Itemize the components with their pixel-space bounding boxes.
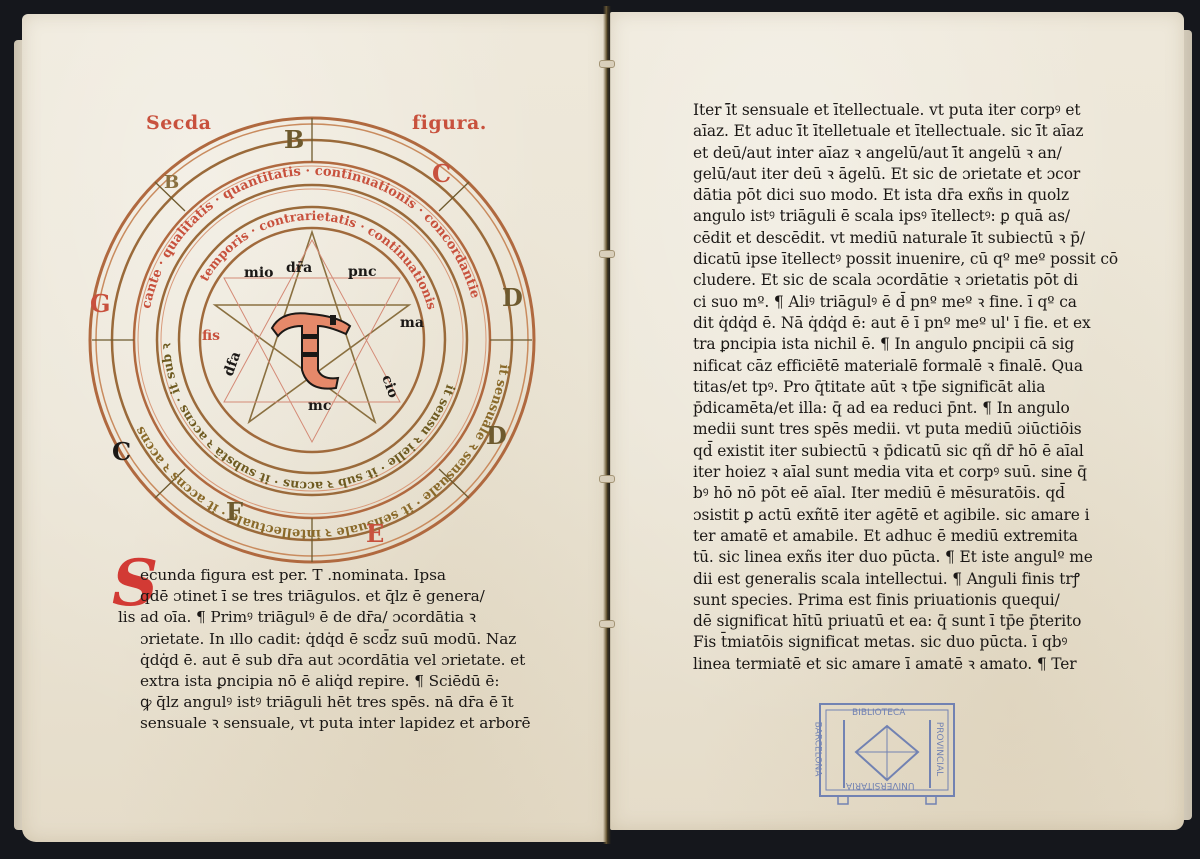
svg-text:B: B xyxy=(164,172,179,193)
stamp-left-text: BARCELONA xyxy=(812,722,822,777)
text-line: tū. sic linea exñs iter duo pūcta. ¶ Et … xyxy=(693,547,1118,568)
text-line: ɔrietate. In ıllo cadit: q̇dq̇d ē scd̄z … xyxy=(140,629,530,650)
text-line: Fis t̄miatōis significat metas. sic duo … xyxy=(693,632,1118,653)
svg-text:dfa: dfa xyxy=(221,350,245,379)
right-page-text: Iter ī̄t sensuale et ītellectuale. vt pu… xyxy=(693,100,1118,675)
open-book-spread: Secda figura. xyxy=(0,0,1200,859)
svg-text:pnc: pnc xyxy=(348,264,377,280)
text-line: dicatū ipse ītellectꝰ possit inuenire, c… xyxy=(693,249,1118,270)
text-line: ecunda figura est per. T .nominata. Ipsa xyxy=(140,565,530,586)
text-line: ɔsistit ꝑ actū exñtē iter agētē et agibi… xyxy=(693,505,1118,526)
svg-text:D: D xyxy=(502,283,523,312)
gutter-binding xyxy=(603,6,611,844)
svg-text:C: C xyxy=(112,437,131,466)
text-line: medii sunt tres spēs medii. vt puta medi… xyxy=(693,419,1118,440)
left-page-text: ecunda figura est per. T .nominata. Ipsa… xyxy=(140,565,530,735)
text-line: dē significat hītū priuatū et ea: q̄ sun… xyxy=(693,611,1118,632)
text-line: dātia pōt dici suo modo. Et ista dr̄a ex… xyxy=(693,185,1118,206)
text-line: angulo istꝰ triāguli ē scala ipsꝰ ītelle… xyxy=(693,206,1118,227)
figure-t-diagram: it sensuale ꝛ sensuale · it sensuale ꝛ i… xyxy=(82,112,542,567)
binding-stitch xyxy=(599,620,615,628)
text-line: qdē ɔtinet ī se tres triāgulos. et q̄lz … xyxy=(140,586,530,607)
text-line: et deū/aut inter aīaz ꝛ angelū/aut ī̄t a… xyxy=(693,143,1118,164)
text-line: gelū/aut iter deū ꝛ āgelū. Et sic de ɔri… xyxy=(693,164,1118,185)
text-line: titas/et tpꝰ. Pro q̄titate aūt ꝛ tp̄e si… xyxy=(693,377,1118,398)
binding-stitch xyxy=(599,250,615,258)
text-line: sensuale ꝛ sensuale, vt puta inter lapid… xyxy=(140,713,530,734)
svg-text:F: F xyxy=(226,497,243,526)
text-line: qd̄ existit iter subiectū ꝛ p̄dicatū sic… xyxy=(693,441,1118,462)
svg-text:fis: fis xyxy=(202,328,220,344)
text-line: cēdit et descēdit. vt mediū naturale ī̄t… xyxy=(693,228,1118,249)
svg-text:cio: cio xyxy=(378,373,401,400)
text-line: cludere. Et sic de scala ɔcordātie ꝛ ɔri… xyxy=(693,270,1118,291)
text-line: dii est generalis scala intellectui. ¶ A… xyxy=(693,569,1118,590)
text-line: Iter ī̄t sensuale et ītellectuale. vt pu… xyxy=(693,100,1118,121)
svg-text:B: B xyxy=(284,125,304,154)
svg-text:G: G xyxy=(90,289,111,318)
center-letter-t xyxy=(272,313,350,388)
text-line: sunt species. Prima est finis priuationi… xyxy=(693,590,1118,611)
text-line: ter amatē et amabile. Et adhuc ē mediū e… xyxy=(693,526,1118,547)
text-line: aīaz. Et aduc ī̄t ītelletuale et ītellec… xyxy=(693,121,1118,142)
binding-stitch xyxy=(599,475,615,483)
text-line: p̄dicamēta/et illa: q̄ ad ea reduci p̄nt… xyxy=(693,398,1118,419)
svg-text:ma: ma xyxy=(400,315,424,331)
text-line: q̇dq̇d ē. aut ē sub dr̄a aut ɔcordātia v… xyxy=(140,650,530,671)
text-line: bꝰ hō nō pōt eē aīal. Iter mediū ē mēsur… xyxy=(693,483,1118,504)
text-line: ꝙ q̄lz angulꝰ istꝰ triāguli hēt tres spē… xyxy=(140,692,530,713)
svg-text:D: D xyxy=(486,421,507,450)
svg-text:mio: mio xyxy=(244,265,273,281)
stamp-bottom-text: UNIVERSITARIA xyxy=(846,780,914,790)
text-line: lis ad oīa. ¶ Primꝰ triāgulꝰ ē de dr̄a/ … xyxy=(118,607,530,628)
binding-stitch xyxy=(599,60,615,68)
text-line: iter hoiez ꝛ aīal sunt media vita et cor… xyxy=(693,462,1118,483)
svg-text:mc: mc xyxy=(308,398,331,414)
text-line: dit q̇dq̇d ē. Nā q̇dq̇d ē: aut ē ī pnº m… xyxy=(693,313,1118,334)
svg-text:dr̄a: dr̄a xyxy=(286,260,312,276)
text-line: tra ꝑncipia ista nichil ē. ¶ In angulo ꝑ… xyxy=(693,334,1118,355)
stamp-right-text: PROVINCIAL xyxy=(934,722,944,776)
text-line: nificat cāz efficiētē materialē formalē … xyxy=(693,356,1118,377)
svg-text:E: E xyxy=(366,519,384,548)
text-line: ci suo mº. ¶ Aliꝰ triāgulꝰ ē d̄ pnº meº … xyxy=(693,292,1118,313)
library-stamp: BIBLIOTECA BARCELONA PROVINCIAL UNIVERSI… xyxy=(816,700,958,808)
circular-diagram-icon: it sensuale ꝛ sensuale · it sensuale ꝛ i… xyxy=(82,112,542,567)
text-line: linea termiatē et sic amare ī amatē ꝛ am… xyxy=(693,654,1118,675)
text-line: extra ista ꝑncipia nō ē aliq̇d repire. ¶… xyxy=(140,671,530,692)
svg-text:C: C xyxy=(432,159,451,188)
stamp-top-text: BIBLIOTECA xyxy=(852,708,905,718)
